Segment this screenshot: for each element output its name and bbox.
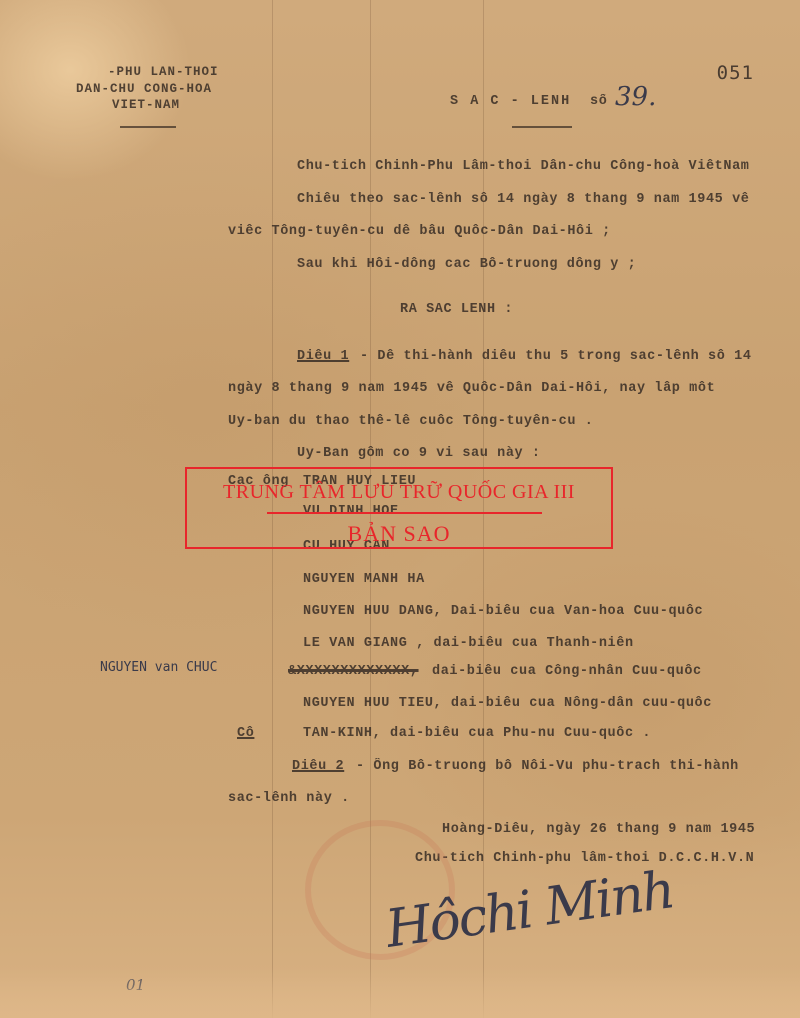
article-2-label: Diêu 2 <box>292 760 344 774</box>
stamp-copy-label: BẢN SAO <box>187 521 611 547</box>
archive-copy-stamp: TRUNG TÂM LƯU TRỮ QUỐC GIA III BẢN SAO <box>185 467 613 549</box>
margin-title: Cô <box>237 727 254 741</box>
member-name: NGUYEN HUU DANG, Dai-biêu cua Van-hoa Cu… <box>303 605 703 619</box>
article-1-line: - Dê thi-hành diêu thu 5 trong sac-lênh … <box>360 350 752 364</box>
header-line-2: DAN-CHU CONG-HOA <box>76 83 212 96</box>
member-name: NGUYEN HUU TIEU, dai-biêu cua Nông-dân c… <box>303 697 712 711</box>
stamp-archive-name: TRUNG TÂM LƯU TRỮ QUỐC GIA III <box>187 481 611 504</box>
header-line-1: -PHU LAN-THOI <box>108 66 219 79</box>
number-label: số <box>590 95 607 109</box>
preamble-line: Chu-tich Chinh-Phu Lâm-thoi Dân-chu Công… <box>297 160 749 174</box>
article-1-line: ngày 8 thang 9 nam 1945 vê Quôc-Dân Dai-… <box>228 382 715 396</box>
preamble-line: viêc Tông-tuyên-cu dê bâu Quôc-Dân Dai-H… <box>228 225 611 239</box>
stamp-divider <box>267 512 542 514</box>
struck-out-name: &XXXXXXXXXXXXX, <box>288 665 419 679</box>
decree-number: 39. <box>615 82 656 112</box>
member-name: NGUYEN MANH HA <box>303 573 425 587</box>
members-intro: Uy-Ban gôm co 9 vi sau này : <box>297 447 541 461</box>
member-name: TAN-KINH, dai-biêu cua Phu-nu Cuu-quôc . <box>303 727 651 741</box>
decree-heading: RA SAC LENH : <box>400 303 513 317</box>
margin-handwritten-name: NGUYEN van CHUC <box>100 660 217 675</box>
article-2-line: - Ông Bô-truong bô Nôi-Vu phu-trach thi-… <box>356 760 739 774</box>
preamble-line: Chiêu theo sac-lênh sô 14 ngày 8 thang 9… <box>297 193 749 207</box>
document-page: -PHU LAN-THOI DAN-CHU CONG-HOA VIET-NAM … <box>0 0 800 1018</box>
article-2-line: sac-lênh này . <box>228 792 350 806</box>
header-underline <box>120 126 176 128</box>
signatory-title: Chu-tich Chinh-phu lâm-thoi D.C.C.H.V.N <box>415 852 754 866</box>
page-number: 051 <box>717 62 754 84</box>
member-name: dai-biêu cua Công-nhân Cuu-quôc <box>432 665 702 679</box>
title-underline <box>512 126 572 128</box>
header-line-3: VIET-NAM <box>112 99 180 112</box>
place-date: Hoàng-Diêu, ngày 26 thang 9 nam 1945 <box>442 823 755 837</box>
member-name: LE VAN GIANG , dai-biêu cua Thanh-niên <box>303 637 634 651</box>
preamble-line: Sau khi Hôi-dông cac Bô-truong dông y ; <box>297 258 636 272</box>
footer-mark: 01 <box>126 976 145 994</box>
document-title: S A C - LENH <box>450 95 571 109</box>
article-1-line: Uy-ban du thao thê-lê cuôc Tông-tuyên-cu… <box>228 415 593 429</box>
article-1-label: Diêu 1 <box>297 350 349 364</box>
